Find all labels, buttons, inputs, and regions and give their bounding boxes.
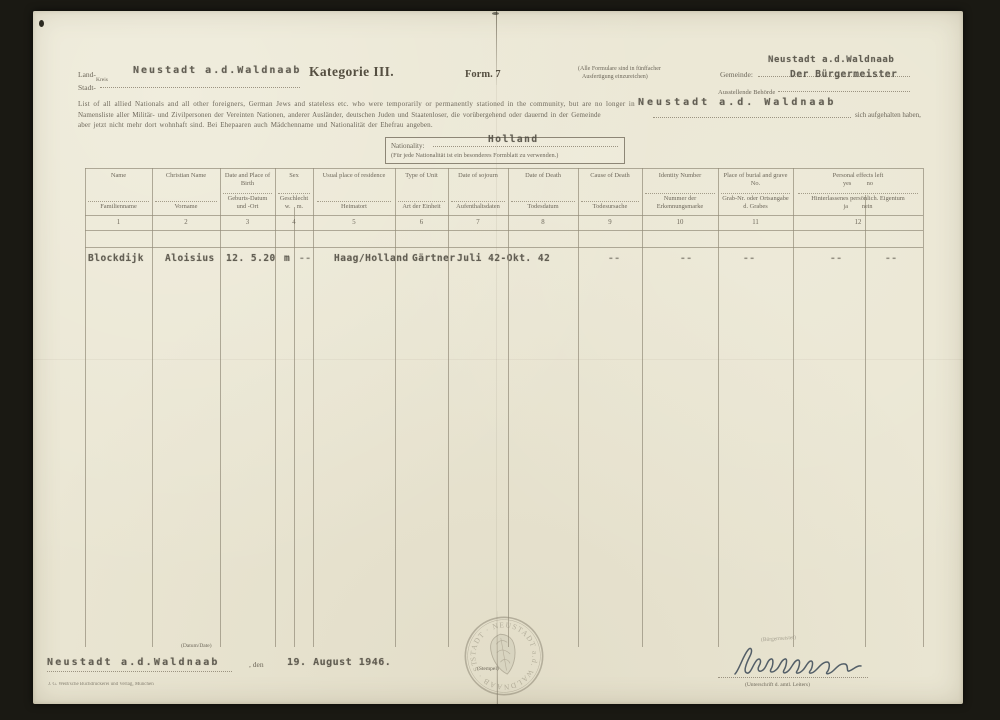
table-line: [220, 168, 221, 647]
column-number: 3: [220, 216, 275, 230]
stamp-coat-of-arms: [488, 632, 519, 676]
table-line: [85, 168, 86, 647]
column-number: 6: [395, 216, 448, 230]
table-line: [294, 207, 295, 647]
table-line: [642, 168, 643, 647]
table-line: [865, 195, 866, 647]
column-header-3: Date and Place of BirthGeburts-Datum und…: [221, 170, 274, 213]
column-label-german: Familienname: [88, 201, 148, 211]
column-label-english: Sex: [277, 172, 311, 180]
register-table: Blockdijk Aloisius 12. 5.20 m -- Haag/Ho…: [33, 11, 963, 704]
signature-dotted-line: [718, 669, 868, 678]
printer-imprint: J. G. Weiß'sche Buchdruckerei und Verlag…: [48, 682, 154, 687]
column-header-6: Type of UnitArt der Einheit: [396, 170, 447, 213]
column-header-11: Place of burial and grave No.Grab-Nr. od…: [719, 170, 792, 213]
record-dash: --: [885, 253, 897, 264]
column-sublabel-german: w. m.: [285, 203, 303, 211]
column-label-english: Usual place of residence: [315, 172, 393, 180]
column-header-5: Usual place of residenceHeimatort: [314, 170, 394, 213]
column-header-10: Identity NumberNummer der Erkennungsmark…: [643, 170, 717, 213]
column-label-english: Identity Number: [644, 172, 716, 180]
record-sojourn: Juli 42-Okt. 42: [457, 253, 550, 264]
column-number: 7: [448, 216, 508, 230]
table-line: [275, 168, 276, 647]
table-line: [448, 168, 449, 647]
column-sublabel-english: yes no: [843, 180, 873, 188]
column-label-english: Type of Unit: [397, 172, 446, 180]
table-line: [85, 230, 923, 231]
municipal-stamp: STADT · NEUSTADT a.d. WALDNAAB · STADT ·: [451, 603, 558, 710]
record-christian-name: Aloisius: [165, 253, 215, 264]
column-label-english: Date and Place of Birth: [222, 172, 273, 188]
table-line: [395, 168, 396, 647]
record-name: Blockdijk: [88, 253, 144, 264]
column-label-german: Geschlecht: [278, 193, 311, 203]
column-number: 10: [642, 216, 718, 230]
column-number: 1: [85, 216, 152, 230]
table-line: [718, 168, 719, 647]
record-dash: --: [680, 253, 692, 264]
column-label-german: Nummer der Erkennungsmarke: [645, 193, 714, 211]
column-label-german: Heimatort: [317, 201, 392, 211]
column-sublabel-german: ja nein: [843, 203, 872, 211]
column-header-12: Personal effects leftyes noHinterlassene…: [794, 170, 922, 213]
table-line: [85, 168, 923, 169]
table-line: [85, 247, 923, 248]
column-number: 5: [313, 216, 395, 230]
column-header-2: Christian NameVorname: [153, 170, 219, 213]
record-dash: --: [743, 253, 755, 264]
column-label-german: Todesdatum: [511, 201, 574, 211]
column-label-english: Date of sojourn: [450, 172, 506, 180]
column-header-7: Date of sojournAufenthaltsdaten: [449, 170, 507, 213]
column-label-german: Todesursache: [581, 201, 639, 211]
column-label-german: Hinterlassenes persönlich. Eigentum: [798, 193, 919, 203]
column-label-german: Art der Einheit: [398, 201, 445, 211]
column-label-english: Date of Death: [510, 172, 576, 180]
signature-caption: (Unterschrift d. amtl. Leiters): [745, 682, 810, 688]
column-number: 12: [793, 216, 923, 230]
table-line: [578, 168, 579, 647]
date-caption: (Datum/Date): [181, 643, 212, 649]
place-dotted-line: [47, 663, 232, 672]
column-label-german: Geburts-Datum und -Ort: [223, 193, 272, 211]
table-line: [313, 168, 314, 647]
column-header-8: Date of DeathTodesdatum: [509, 170, 577, 213]
column-number: 11: [718, 216, 793, 230]
column-label-english: Place of burial and grave No.: [720, 172, 791, 188]
column-number: 2: [152, 216, 220, 230]
record-unit: Gärtner: [412, 253, 456, 264]
den-label: , den: [249, 660, 264, 669]
column-label-german: Vorname: [155, 201, 216, 211]
record-residence: Haag/Holland: [334, 253, 409, 264]
table-line: [923, 168, 924, 647]
column-label-german: Grab-Nr. oder Ortsangabe d. Grabes: [721, 193, 789, 211]
record-sex-note: --: [299, 253, 311, 264]
column-label-german: Aufenthaltsdaten: [451, 201, 505, 211]
column-label-english: Personal effects left: [795, 172, 921, 180]
column-number: 9: [578, 216, 642, 230]
record-dash: --: [608, 253, 620, 264]
record-dash: --: [830, 253, 842, 264]
table-line: [152, 168, 153, 647]
record-birth-date: 12. 5.20: [226, 253, 276, 264]
column-header-9: Cause of DeathTodesursache: [579, 170, 641, 213]
column-header-1: NameFamilienname: [86, 170, 151, 213]
column-number: 4: [275, 216, 313, 230]
column-header-4: SexGeschlechtw. m.: [276, 170, 312, 213]
column-label-english: Christian Name: [154, 172, 218, 180]
column-label-english: Name: [87, 172, 150, 180]
document-paper: Land- Stadt- Kreis Neustadt a.d.Waldnaab…: [33, 11, 963, 704]
column-label-english: Cause of Death: [580, 172, 640, 180]
column-number: 8: [508, 216, 578, 230]
table-line: [793, 168, 794, 647]
table-line: [508, 168, 509, 647]
date-typed-entry: 19. August 1946.: [287, 657, 391, 668]
record-sex: m: [284, 253, 290, 264]
